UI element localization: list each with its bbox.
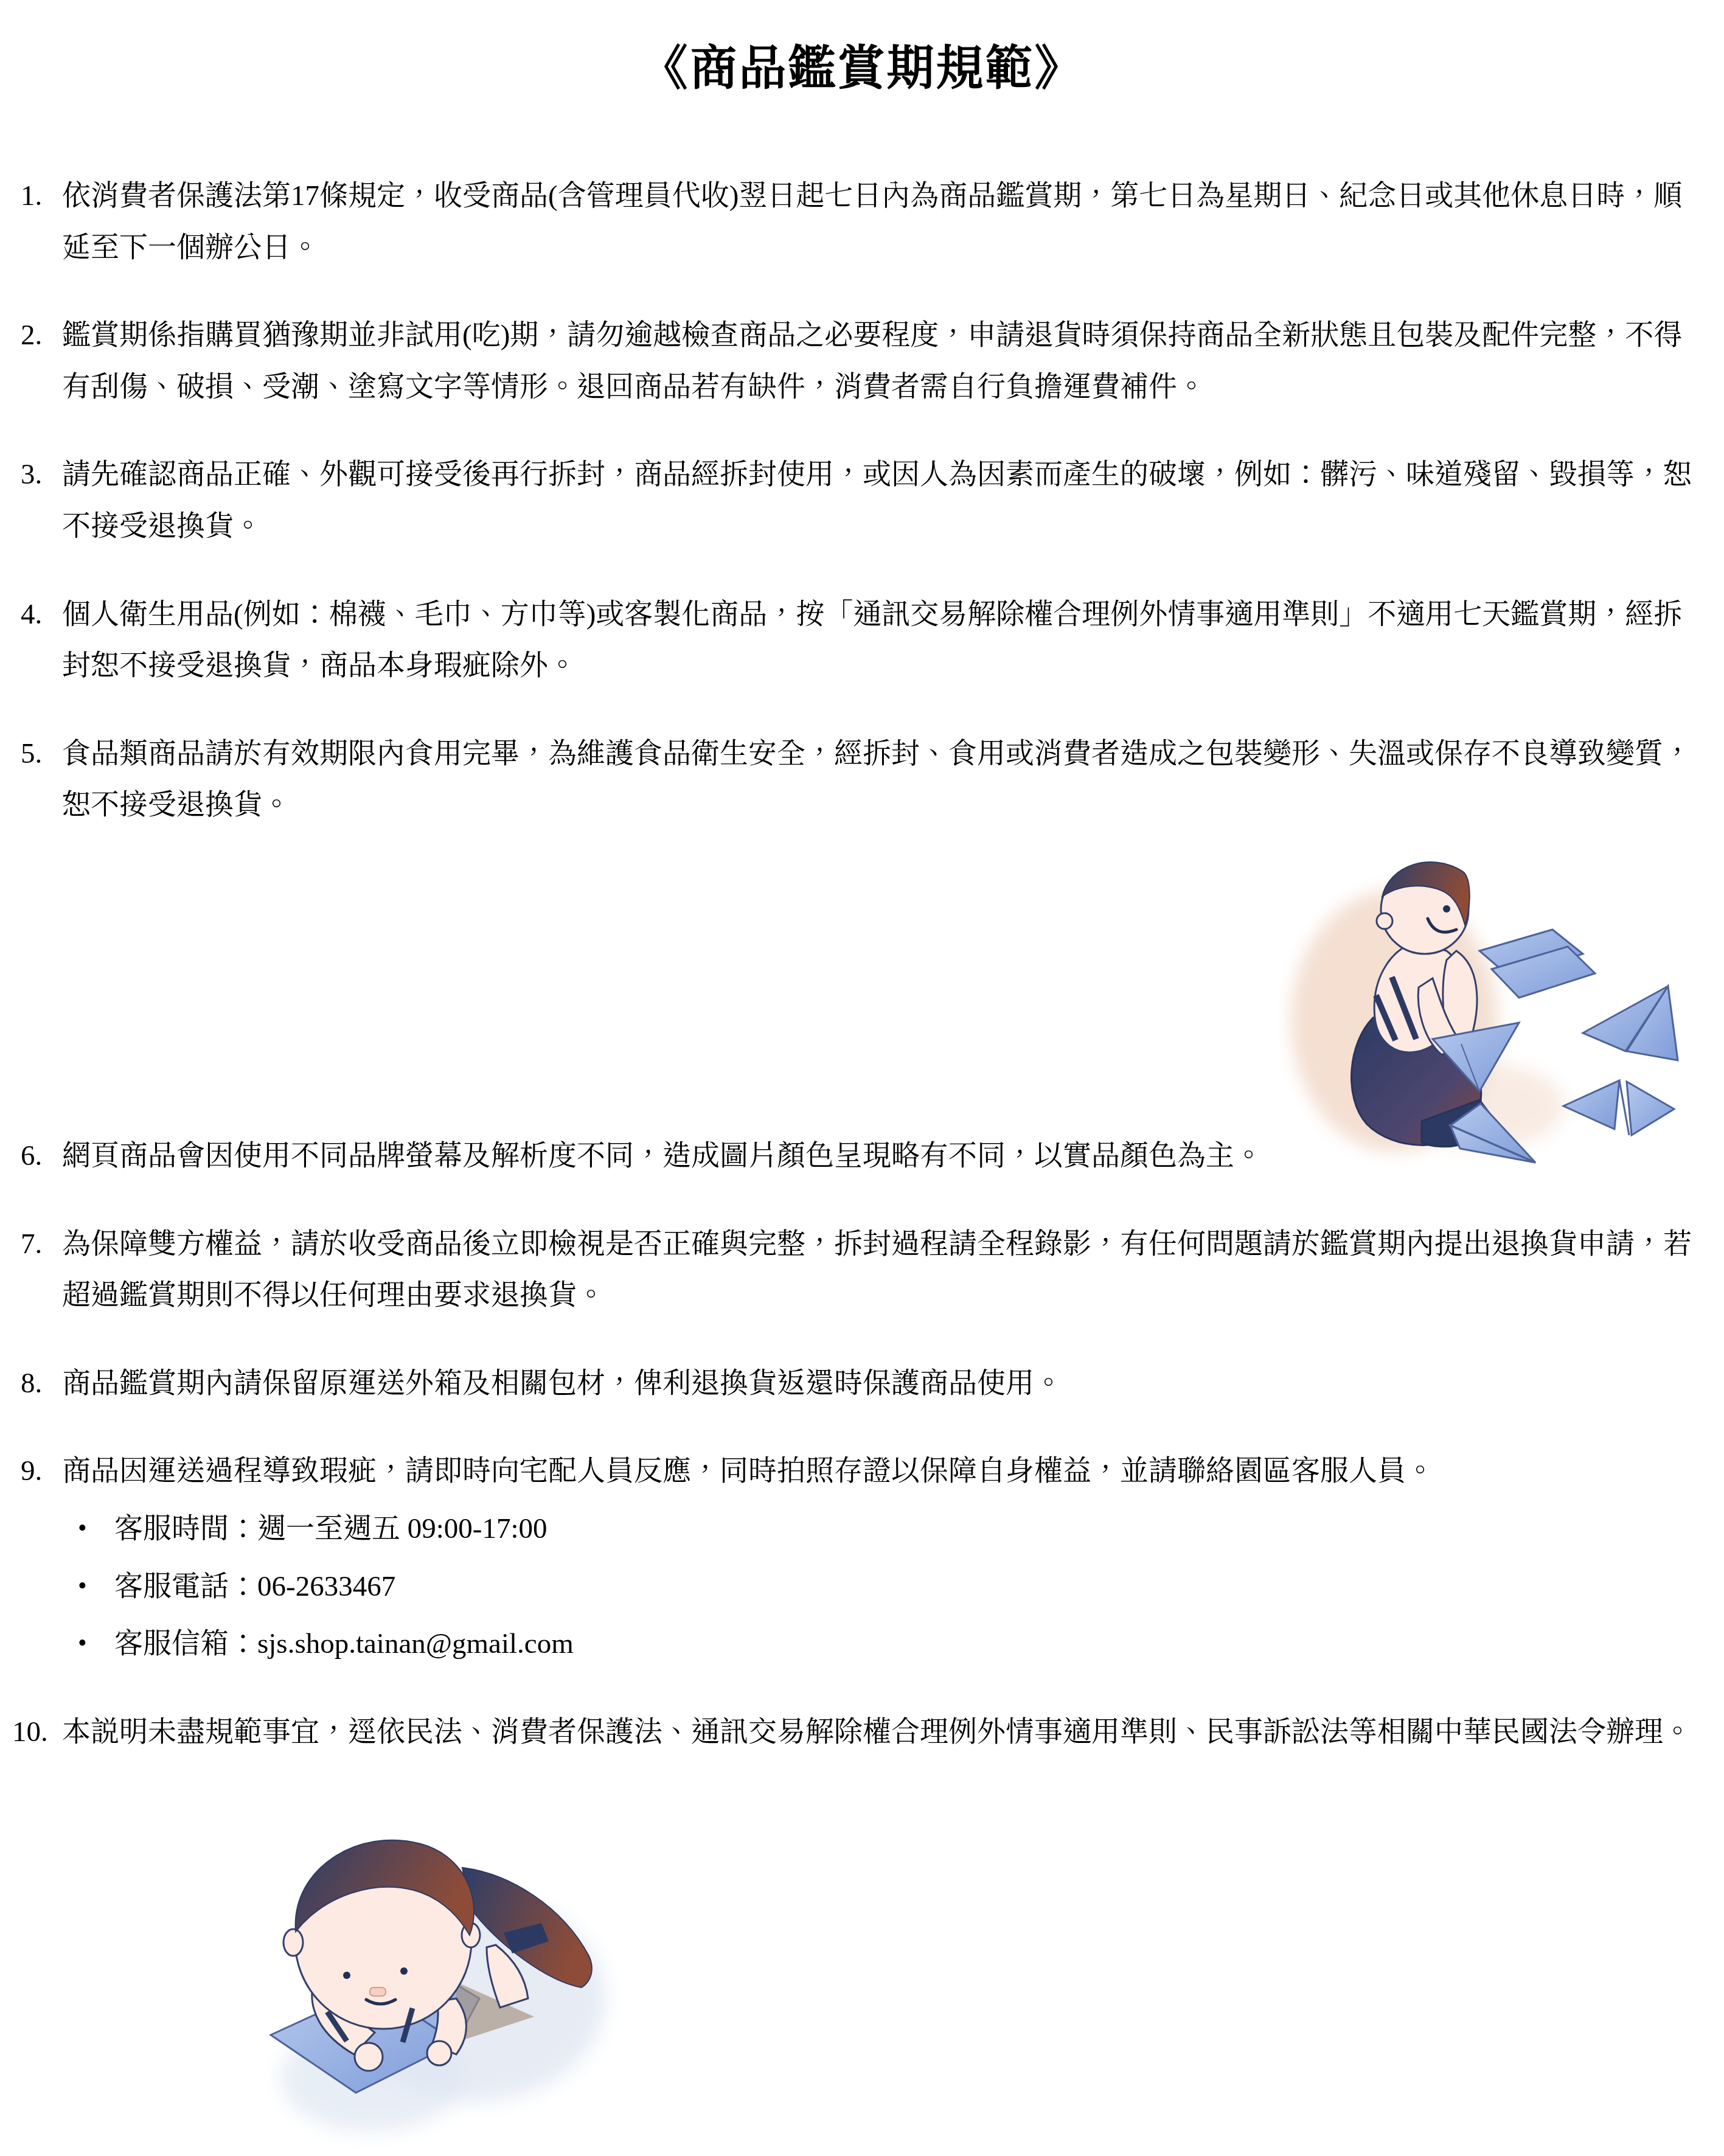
paper-sheets bbox=[1479, 930, 1595, 998]
child-ear bbox=[283, 1929, 303, 1956]
rule-item-8: 8. 商品鑑賞期內請保留原運送外箱及相關包材，俾利退換貨返還時保護商品使用。 bbox=[0, 1358, 1724, 1410]
rule-item-10: 10. 本説明未盡規範事宜，逕依民法、消費者保護法、通訊交易解除權合理例外情事適… bbox=[0, 1706, 1724, 1758]
rule-number: 6. bbox=[21, 1130, 42, 1182]
child-eye bbox=[343, 1972, 350, 1979]
rule-item-3: 3. 請先確認商品正確、外觀可接受後再行拆封，商品經拆封使用，或因人為因素而產生… bbox=[0, 449, 1724, 552]
rule-item-2: 2. 鑑賞期係指購買猶豫期並非試用(吃)期，請勿逾越檢查商品之必要程度，申請退貨… bbox=[0, 310, 1724, 412]
rule-text: 鑑賞期係指購買猶豫期並非試用(吃)期，請勿逾越檢查商品之必要程度，申請退貨時須保… bbox=[62, 319, 1682, 403]
paper-airplane bbox=[1563, 1080, 1674, 1135]
rule-text: 個人衛生用品(例如：棉襪、毛巾、方巾等)或客製化商品，按「通訊交易解除權合理例外… bbox=[62, 599, 1682, 682]
rule-text: 商品鑑賞期內請保留原運送外箱及相關包材，俾利退換貨返還時保護商品使用。 bbox=[62, 1368, 1063, 1399]
rule-text: 網頁商品會因使用不同品牌螢幕及解析度不同，造成圖片顏色呈現略有不同，以實品顏色為… bbox=[62, 1140, 1263, 1172]
contact-email-text: 客服信箱：sjs.shop.tainan@gmail.com bbox=[114, 1628, 574, 1660]
rule-number: 3. bbox=[21, 449, 42, 501]
customer-service-contact-list: • 客服時間：週一至週五 09:00-17:00 • 客服電話：06-26334… bbox=[62, 1503, 1711, 1670]
rule-number: 4. bbox=[21, 589, 42, 641]
child-folding-paper-top-view-illustration bbox=[255, 1816, 635, 2156]
page-title: 《商品鑑賞期規範》 bbox=[0, 0, 1724, 99]
boy-eye bbox=[1443, 905, 1450, 913]
child-hand bbox=[427, 2041, 451, 2065]
boy-ear bbox=[1377, 913, 1392, 929]
rule-number: 9. bbox=[21, 1445, 42, 1497]
rule-number: 10. bbox=[12, 1706, 48, 1758]
contact-phone-item: • 客服電話：06-2633467 bbox=[62, 1561, 1711, 1613]
rule-item-9: 9. 商品因運送過程導致瑕疵，請即時向宅配人員反應，同時拍照存證以保障自身權益，… bbox=[0, 1445, 1724, 1669]
rule-number: 2. bbox=[21, 310, 42, 361]
rule-text: 食品類商品請於有效期限內食用完畢，為維護食品衛生安全，經拆封、食用或消費者造成之… bbox=[62, 738, 1692, 821]
contact-phone-text: 客服電話：06-2633467 bbox=[114, 1571, 395, 1602]
rule-number: 5. bbox=[21, 728, 42, 780]
boy-folding-paper-airplanes-illustration bbox=[1279, 838, 1688, 1167]
bullet-icon: • bbox=[78, 1506, 87, 1552]
rule-item-7: 7. 為保障雙方權益，請於收受商品後立即檢視是否正確與完整，拆封過程請全程錄影，… bbox=[0, 1219, 1724, 1321]
rule-item-5: 5. 食品類商品請於有效期限內食用完畢，為維護食品衛生安全，經拆封、食用或消費者… bbox=[0, 728, 1724, 831]
rule-number: 8. bbox=[21, 1358, 42, 1410]
bullet-icon: • bbox=[78, 1621, 87, 1667]
policy-document-page: 《商品鑑賞期規範》 1. 依消費者保護法第17條規定，收受商品(含管理員代收)翌… bbox=[0, 0, 1724, 1758]
rule-text: 商品因運送過程導致瑕疵，請即時向宅配人員反應，同時拍照存證以保障自身權益，並請聯… bbox=[62, 1455, 1434, 1487]
rule-text: 本説明未盡規範事宜，逕依民法、消費者保護法、通訊交易解除權合理例外情事適用準則、… bbox=[62, 1716, 1692, 1748]
rule-text: 依消費者保護法第17條規定，收受商品(含管理員代收)翌日起七日內為商品鑑賞期，第… bbox=[62, 180, 1682, 263]
contact-hours-text: 客服時間：週一至週五 09:00-17:00 bbox=[114, 1513, 547, 1545]
child-nose bbox=[370, 1987, 386, 1996]
contact-email-item: • 客服信箱：sjs.shop.tainan@gmail.com bbox=[62, 1618, 1711, 1670]
rule-text: 為保障雙方權益，請於收受商品後立即檢視是否正確與完整，拆封過程請全程錄影，有任何… bbox=[62, 1228, 1692, 1312]
paper-airplane bbox=[1583, 986, 1678, 1060]
rule-item-1: 1. 依消費者保護法第17條規定，收受商品(含管理員代收)翌日起七日內為商品鑑賞… bbox=[0, 170, 1724, 273]
rule-number: 7. bbox=[21, 1219, 42, 1270]
rule-item-4: 4. 個人衛生用品(例如：棉襪、毛巾、方巾等)或客製化商品，按「通訊交易解除權合… bbox=[0, 589, 1724, 692]
contact-hours-item: • 客服時間：週一至週五 09:00-17:00 bbox=[62, 1503, 1711, 1555]
child-eye bbox=[400, 1967, 408, 1975]
child-hand bbox=[355, 2043, 383, 2071]
rule-number: 1. bbox=[21, 170, 42, 222]
rule-text: 請先確認商品正確、外觀可接受後再行拆封，商品經拆封使用，或因人為因素而產生的破壞… bbox=[62, 459, 1692, 542]
bullet-icon: • bbox=[78, 1563, 87, 1610]
